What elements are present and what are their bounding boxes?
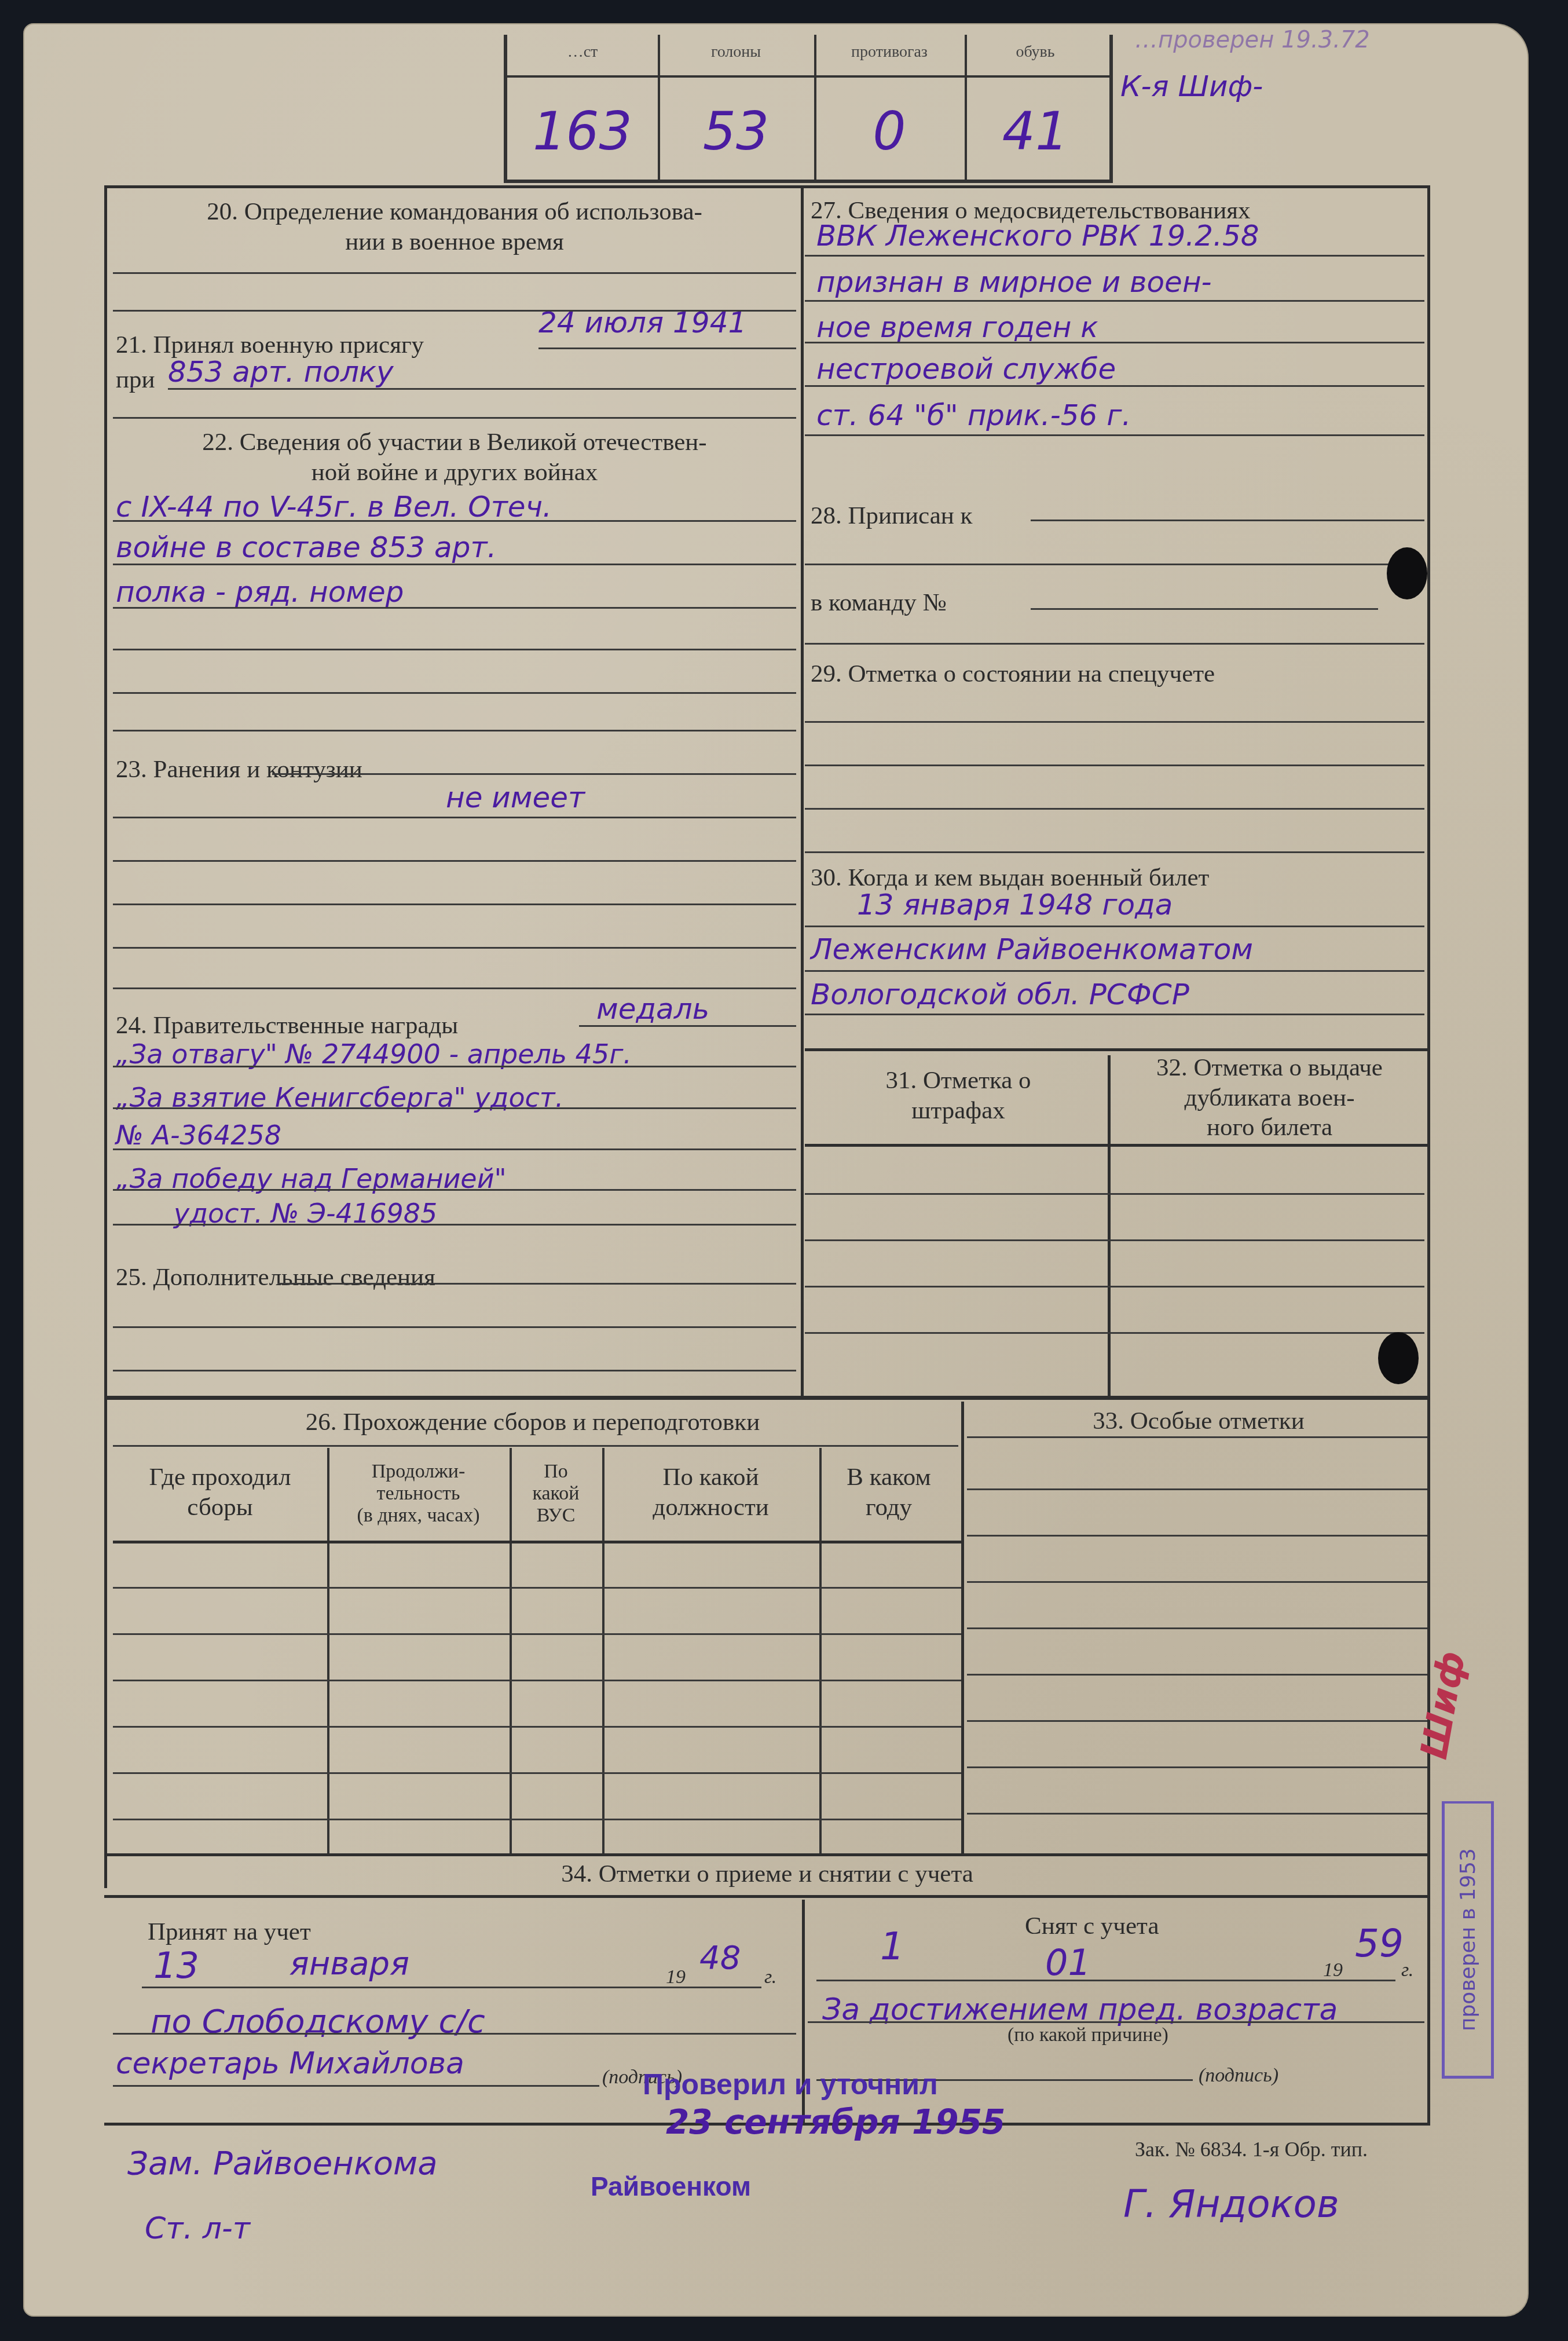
rule bbox=[113, 2033, 796, 2035]
medical-line-4: нестроевой службе bbox=[816, 353, 1116, 385]
tally-cell-1: …ст 163 bbox=[507, 35, 660, 180]
rule bbox=[113, 1148, 796, 1150]
field-26-title: 26. Прохождение сборов и переподготовки bbox=[110, 1407, 955, 1437]
field-25-label: 25. Дополнительные сведения bbox=[116, 1263, 435, 1293]
rule bbox=[113, 904, 796, 905]
tally-header: обувь bbox=[965, 43, 1106, 61]
removed-year-prefix: 19 bbox=[1323, 1959, 1343, 1981]
rule bbox=[805, 342, 1424, 343]
oath-unit: 853 арт. полку bbox=[168, 356, 394, 388]
oath-date: 24 июля 1941 bbox=[538, 307, 746, 339]
tally-value: 0 bbox=[814, 101, 965, 162]
field-20-label: 20. Определение командования об использо… bbox=[116, 197, 793, 257]
rule bbox=[805, 1014, 1424, 1015]
signature: Г. Яндоков bbox=[1123, 2183, 1339, 2226]
tally-header: …ст bbox=[507, 43, 658, 61]
rule bbox=[113, 272, 796, 274]
rule bbox=[113, 1633, 961, 1635]
removed-month: 01 bbox=[1045, 1943, 1091, 1982]
rule bbox=[805, 808, 1424, 810]
col-duration: Продолжи- тельность (в днях, часах) bbox=[327, 1448, 512, 1853]
rule bbox=[113, 649, 796, 650]
rule bbox=[805, 926, 1424, 927]
checked-1953-stamp: проверен в 1953 bbox=[1442, 1801, 1494, 2079]
accepted-year-suffix: г. bbox=[764, 1966, 776, 1988]
rule bbox=[113, 1370, 796, 1371]
verified-stamp-date: 23 сентября 1955 bbox=[666, 2102, 1005, 2142]
tally-cell-2: голоны 53 bbox=[658, 35, 816, 180]
faded-note: …проверен 19.3.72 bbox=[1135, 27, 1370, 53]
frame-right bbox=[1427, 185, 1430, 2126]
training-table: Где проходил сборы Продолжи- тельность (… bbox=[113, 1448, 958, 1853]
medical-line-2: признан в мирное и воен- bbox=[816, 266, 1212, 298]
field-23-label: 23. Ранения и контузии bbox=[116, 755, 362, 785]
col-vus: По какой ВУС bbox=[510, 1448, 605, 1853]
rule bbox=[113, 1772, 961, 1774]
field-24-label: 24. Правительственные награды bbox=[116, 1011, 458, 1041]
tally-value: 41 bbox=[965, 101, 1106, 162]
rule bbox=[113, 607, 796, 609]
rule bbox=[967, 1535, 1427, 1537]
col-header: В каком году bbox=[819, 1462, 958, 1522]
removed-day: 1 bbox=[880, 1926, 904, 1968]
rule bbox=[805, 1332, 1424, 1334]
divider-26-33 bbox=[961, 1402, 964, 1853]
rule bbox=[113, 564, 796, 565]
team-number-label: в команду № bbox=[811, 588, 947, 618]
frame-left bbox=[104, 185, 107, 1888]
rule bbox=[104, 1396, 1430, 1400]
rule bbox=[967, 1488, 1427, 1490]
rule bbox=[104, 1895, 1430, 1898]
rule bbox=[104, 1853, 1430, 1856]
frame-top bbox=[104, 185, 1430, 188]
war-service-line-3: полка - ряд. номер bbox=[116, 576, 404, 608]
removed-reason-caption: (по какой причине) bbox=[1008, 2024, 1168, 2046]
rule bbox=[808, 2021, 1424, 2023]
rule bbox=[113, 1445, 958, 1447]
field-34-title: 34. Отметки о приеме и снятии с учета bbox=[110, 1859, 1424, 1889]
rule bbox=[805, 1048, 1427, 1051]
medical-line-1: ВВК Леженского РВК 19.2.58 bbox=[816, 220, 1259, 252]
rule bbox=[113, 1326, 796, 1328]
rule bbox=[805, 1286, 1424, 1287]
column-divider bbox=[801, 185, 804, 1396]
rule bbox=[805, 564, 1390, 565]
issued-region: Вологодской обл. РСФСР bbox=[811, 979, 1189, 1011]
accepted-year-prefix: 19 bbox=[666, 1966, 686, 1988]
medical-line-5: ст. 64 "б" прик.-56 г. bbox=[816, 400, 1131, 431]
rule bbox=[113, 1819, 961, 1820]
divider-31-32 bbox=[1108, 1055, 1111, 1397]
rule bbox=[967, 1720, 1427, 1722]
rule bbox=[805, 1144, 1427, 1147]
tally-header: противогаз bbox=[814, 43, 965, 61]
rule bbox=[967, 1766, 1427, 1768]
rule bbox=[113, 1726, 961, 1728]
rule bbox=[278, 1283, 796, 1285]
rule bbox=[113, 947, 796, 949]
accepted-label: Принят на учет bbox=[148, 1917, 311, 1947]
col-position: По какой должности bbox=[602, 1448, 822, 1853]
punch-hole bbox=[1378, 1332, 1419, 1384]
rule bbox=[113, 2085, 599, 2087]
field-22-label: 22. Сведения об участии в Великой отечес… bbox=[116, 427, 793, 487]
col-year: В каком году bbox=[819, 1448, 958, 1853]
print-code: Зак. № 6834. 1-я Обр. тип. bbox=[1135, 2137, 1368, 2161]
col-header: По какой ВУС bbox=[510, 1461, 602, 1527]
rule bbox=[113, 817, 796, 818]
rule bbox=[805, 851, 1424, 853]
rule bbox=[272, 773, 796, 775]
rule bbox=[113, 860, 796, 862]
accepted-month: января bbox=[290, 1946, 409, 1982]
tally-value: 53 bbox=[658, 101, 814, 162]
rule bbox=[113, 692, 796, 694]
rule bbox=[816, 1980, 1395, 1981]
award-type: медаль bbox=[596, 993, 709, 1025]
rule bbox=[805, 255, 1424, 257]
punch-hole bbox=[1387, 547, 1427, 599]
award-line-1: „За отвагу" № 2744900 - апрель 45г. bbox=[116, 1040, 632, 1069]
rule bbox=[967, 1581, 1427, 1583]
rule bbox=[967, 1436, 1427, 1438]
rule bbox=[805, 1239, 1424, 1241]
rule bbox=[805, 1193, 1424, 1195]
wounds-value: не имеет bbox=[446, 782, 585, 814]
rule bbox=[805, 765, 1424, 766]
verified-stamp-line1: Проверил и уточнил bbox=[643, 2068, 938, 2101]
rule bbox=[113, 1066, 796, 1067]
tally-cell-4: обувь 41 bbox=[965, 35, 1106, 180]
rule bbox=[113, 730, 796, 731]
issued-date: 13 января 1948 года bbox=[857, 889, 1173, 921]
field-32-label: 32. Отметка о выдаче дубликата воен- ног… bbox=[1115, 1053, 1424, 1143]
tally-header: голоны bbox=[658, 43, 814, 61]
medical-line-3: ное время годен к bbox=[816, 312, 1098, 343]
signer-title-1: Зам. Райвоенкома bbox=[127, 2146, 438, 2182]
field-21-at-label: при bbox=[116, 365, 155, 395]
rule bbox=[805, 300, 1424, 302]
field-29-label: 29. Отметка о состоянии на спецучете bbox=[811, 659, 1215, 689]
rule bbox=[113, 1587, 961, 1589]
accepted-day: 13 bbox=[153, 1946, 199, 1985]
rule bbox=[967, 1813, 1427, 1815]
signer-title-2: Ст. л-т bbox=[145, 2212, 250, 2245]
rule bbox=[805, 970, 1424, 972]
rule bbox=[113, 1189, 796, 1191]
field-33-title: 33. Особые отметки bbox=[970, 1406, 1427, 1436]
corner-note: К-я Шиф- bbox=[1120, 70, 1263, 103]
checked-1953-text: проверен в 1953 bbox=[1456, 1848, 1480, 2031]
rule bbox=[805, 434, 1424, 436]
rule bbox=[113, 417, 796, 419]
rule bbox=[113, 1680, 961, 1681]
rule bbox=[967, 1627, 1427, 1629]
removed-year-suffix: г. bbox=[1401, 1959, 1413, 1981]
war-service-line-2: войне в составе 853 арт. bbox=[116, 532, 496, 564]
field-31-label: 31. Отметка о штрафах bbox=[811, 1066, 1106, 1125]
rule bbox=[113, 1541, 961, 1543]
verified-stamp-org: Райвоенком bbox=[591, 2171, 751, 2202]
removed-label: Снят с учета bbox=[1025, 1911, 1159, 1941]
accepted-signer: секретарь Михайлова bbox=[116, 2047, 464, 2080]
removed-sign-caption: (подпись) bbox=[1199, 2065, 1278, 2087]
rule bbox=[967, 1674, 1427, 1676]
rule bbox=[805, 643, 1424, 645]
tally-cell-3: противогаз 0 bbox=[814, 35, 967, 180]
rule bbox=[168, 388, 796, 390]
col-header: Где проходил сборы bbox=[113, 1462, 327, 1522]
rule bbox=[1031, 608, 1378, 610]
rule bbox=[805, 385, 1424, 387]
field-28-label: 28. Приписан к bbox=[811, 501, 972, 531]
issued-by: Леженским Райвоенкоматом bbox=[811, 934, 1253, 965]
rule bbox=[113, 1107, 796, 1109]
rule bbox=[113, 520, 796, 522]
rule bbox=[1031, 520, 1424, 521]
rule bbox=[805, 721, 1424, 723]
tally-value: 163 bbox=[507, 101, 658, 162]
col-header: Продолжи- тельность (в днях, часах) bbox=[327, 1461, 510, 1527]
accepted-year: 48 bbox=[699, 1940, 741, 1976]
rule bbox=[113, 1224, 796, 1226]
rule bbox=[113, 987, 796, 989]
col-header: По какой должности bbox=[602, 1462, 819, 1522]
col-where: Где проходил сборы bbox=[113, 1448, 329, 1853]
removed-year: 59 bbox=[1355, 1923, 1404, 1965]
rule bbox=[579, 1025, 796, 1027]
war-service-line-1: с IX-44 по V-45г. в Вел. Отеч. bbox=[116, 491, 552, 523]
award-line-3: № А-364258 bbox=[116, 1121, 281, 1150]
rule bbox=[538, 348, 796, 349]
tally-box: …ст 163 голоны 53 противогаз 0 обувь 41 bbox=[504, 35, 1113, 183]
